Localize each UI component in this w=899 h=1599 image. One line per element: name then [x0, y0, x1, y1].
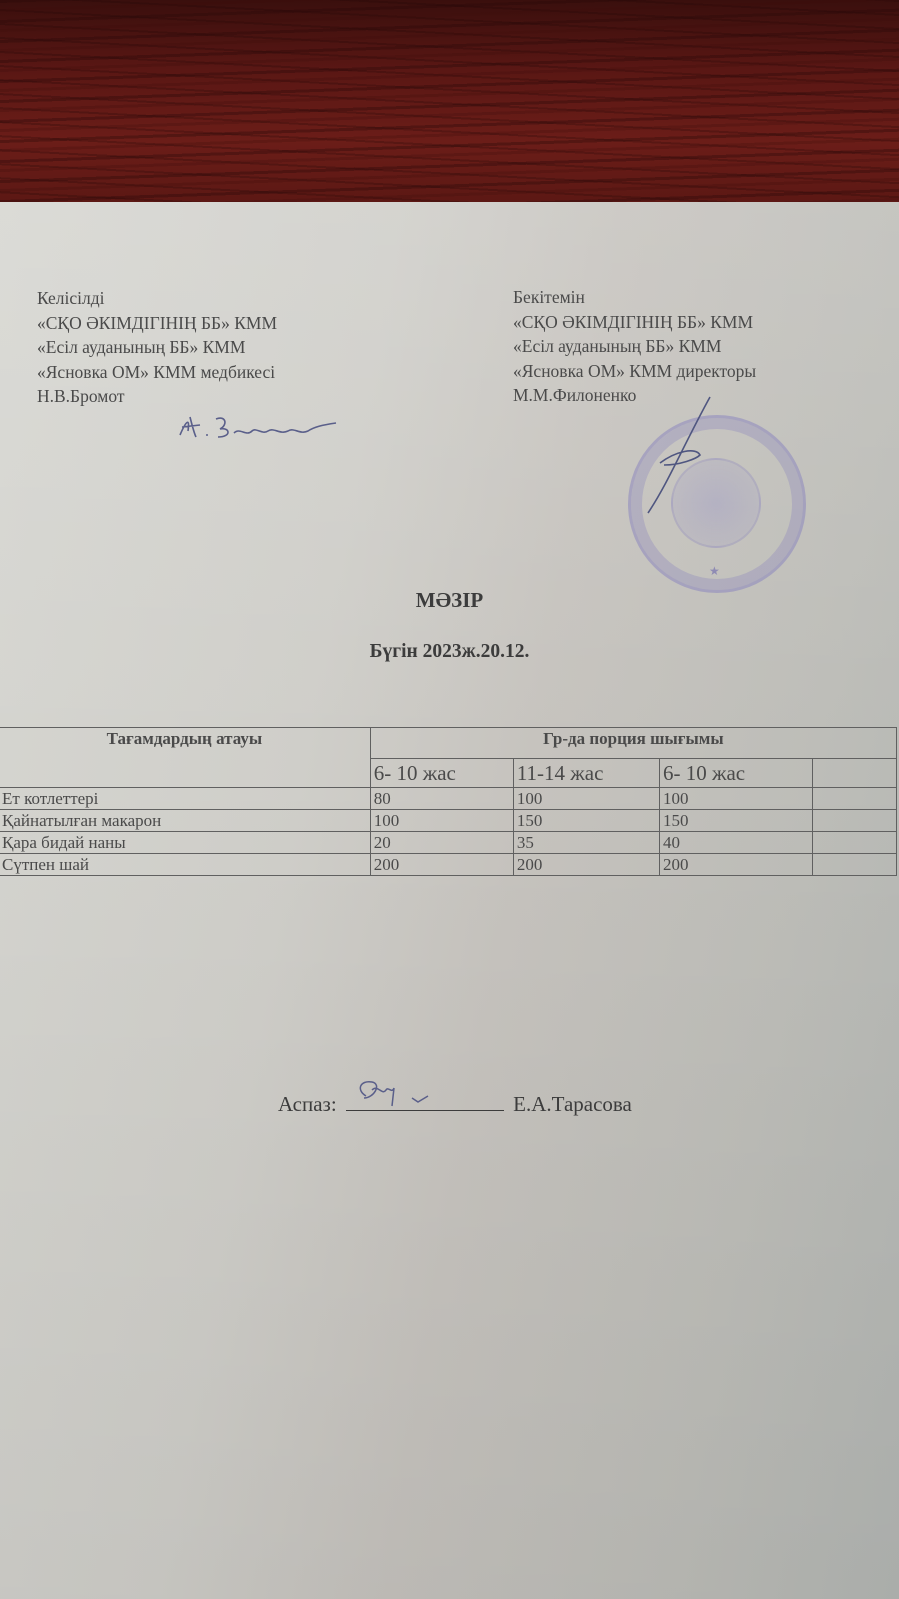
portion-cell — [812, 810, 896, 832]
approval-left-signatory: Н.В.Бромот — [37, 384, 277, 409]
stamp-star-icon: ★ — [709, 564, 720, 579]
portion-header: Гр-да порция шығымы — [370, 728, 896, 759]
approval-right-heading: Бекітемін — [513, 285, 756, 310]
cook-signature-line: Аспаз: Е.А.Тарасова — [278, 1090, 632, 1117]
portion-cell: 100 — [659, 788, 812, 810]
portion-cell: 20 — [370, 832, 513, 854]
portion-cell: 150 — [513, 810, 659, 832]
table-row: Қара бидай наны 20 35 40 — [0, 832, 897, 854]
dish-name-cell: Қайнатылған макарон — [0, 810, 370, 832]
paper-sheet — [0, 202, 899, 1599]
approval-right-line: «Ясновка ОМ» КММ директоры — [513, 359, 756, 384]
portion-cell — [812, 832, 896, 854]
dish-name-header: Тағамдардың атауы — [0, 728, 370, 788]
dish-name-cell: Сүтпен шай — [0, 854, 370, 876]
approval-right-line: «Есіл ауданының ББ» КММ — [513, 334, 756, 359]
approval-left-block: Келісілді «СҚО ӘКІМДІГІНІҢ ББ» КММ «Есіл… — [37, 286, 277, 409]
handwritten-signature-cook — [352, 1076, 452, 1108]
cook-label: Аспаз: — [278, 1092, 337, 1116]
menu-table: Тағамдардың атауы Гр-да порция шығымы 6-… — [0, 727, 897, 876]
wooden-table-background — [0, 0, 899, 202]
document-date: Бүгін 2023ж.20.12. — [0, 641, 899, 663]
approval-left-line: «СҚО ӘКІМДІГІНІҢ ББ» КММ — [37, 311, 277, 336]
portion-cell: 100 — [370, 810, 513, 832]
portion-cell: 35 — [513, 832, 659, 854]
portion-cell: 200 — [659, 854, 812, 876]
portion-cell: 100 — [513, 788, 659, 810]
dish-name-cell: Ет котлеттері — [0, 788, 370, 810]
portion-cell: 80 — [370, 788, 513, 810]
table-row: Ет котлеттері 80 100 100 — [0, 788, 897, 810]
portion-cell — [812, 854, 896, 876]
table-row: Сүтпен шай 200 200 200 — [0, 854, 897, 876]
approval-left-line: «Есіл ауданының ББ» КММ — [37, 335, 277, 360]
approval-left-line: «Ясновка ОМ» КММ медбикесі — [37, 360, 277, 385]
portion-cell: 150 — [659, 810, 812, 832]
portion-cell: 200 — [370, 854, 513, 876]
age-group-cell — [812, 759, 896, 788]
portion-cell — [812, 788, 896, 810]
handwritten-signature-director — [640, 395, 730, 515]
approval-left-heading: Келісілді — [37, 286, 277, 311]
age-group-cell: 11-14 жас — [513, 759, 659, 788]
table-row: Қайнатылған макарон 100 150 150 — [0, 810, 897, 832]
handwritten-signature-nurse — [176, 411, 346, 443]
cook-name: Е.А.Тарасова — [513, 1092, 632, 1116]
portion-cell: 200 — [513, 854, 659, 876]
portion-cell: 40 — [659, 832, 812, 854]
approval-right-block: Бекітемін «СҚО ӘКІМДІГІНІҢ ББ» КММ «Есіл… — [513, 285, 756, 408]
table-header-row: Тағамдардың атауы Гр-да порция шығымы — [0, 728, 897, 759]
age-group-cell: 6- 10 жас — [659, 759, 812, 788]
dish-name-cell: Қара бидай наны — [0, 832, 370, 854]
age-group-cell: 6- 10 жас — [370, 759, 513, 788]
document-title: МӘЗІР — [0, 588, 899, 613]
approval-right-line: «СҚО ӘКІМДІГІНІҢ ББ» КММ — [513, 310, 756, 335]
signature-blank — [346, 1090, 504, 1111]
